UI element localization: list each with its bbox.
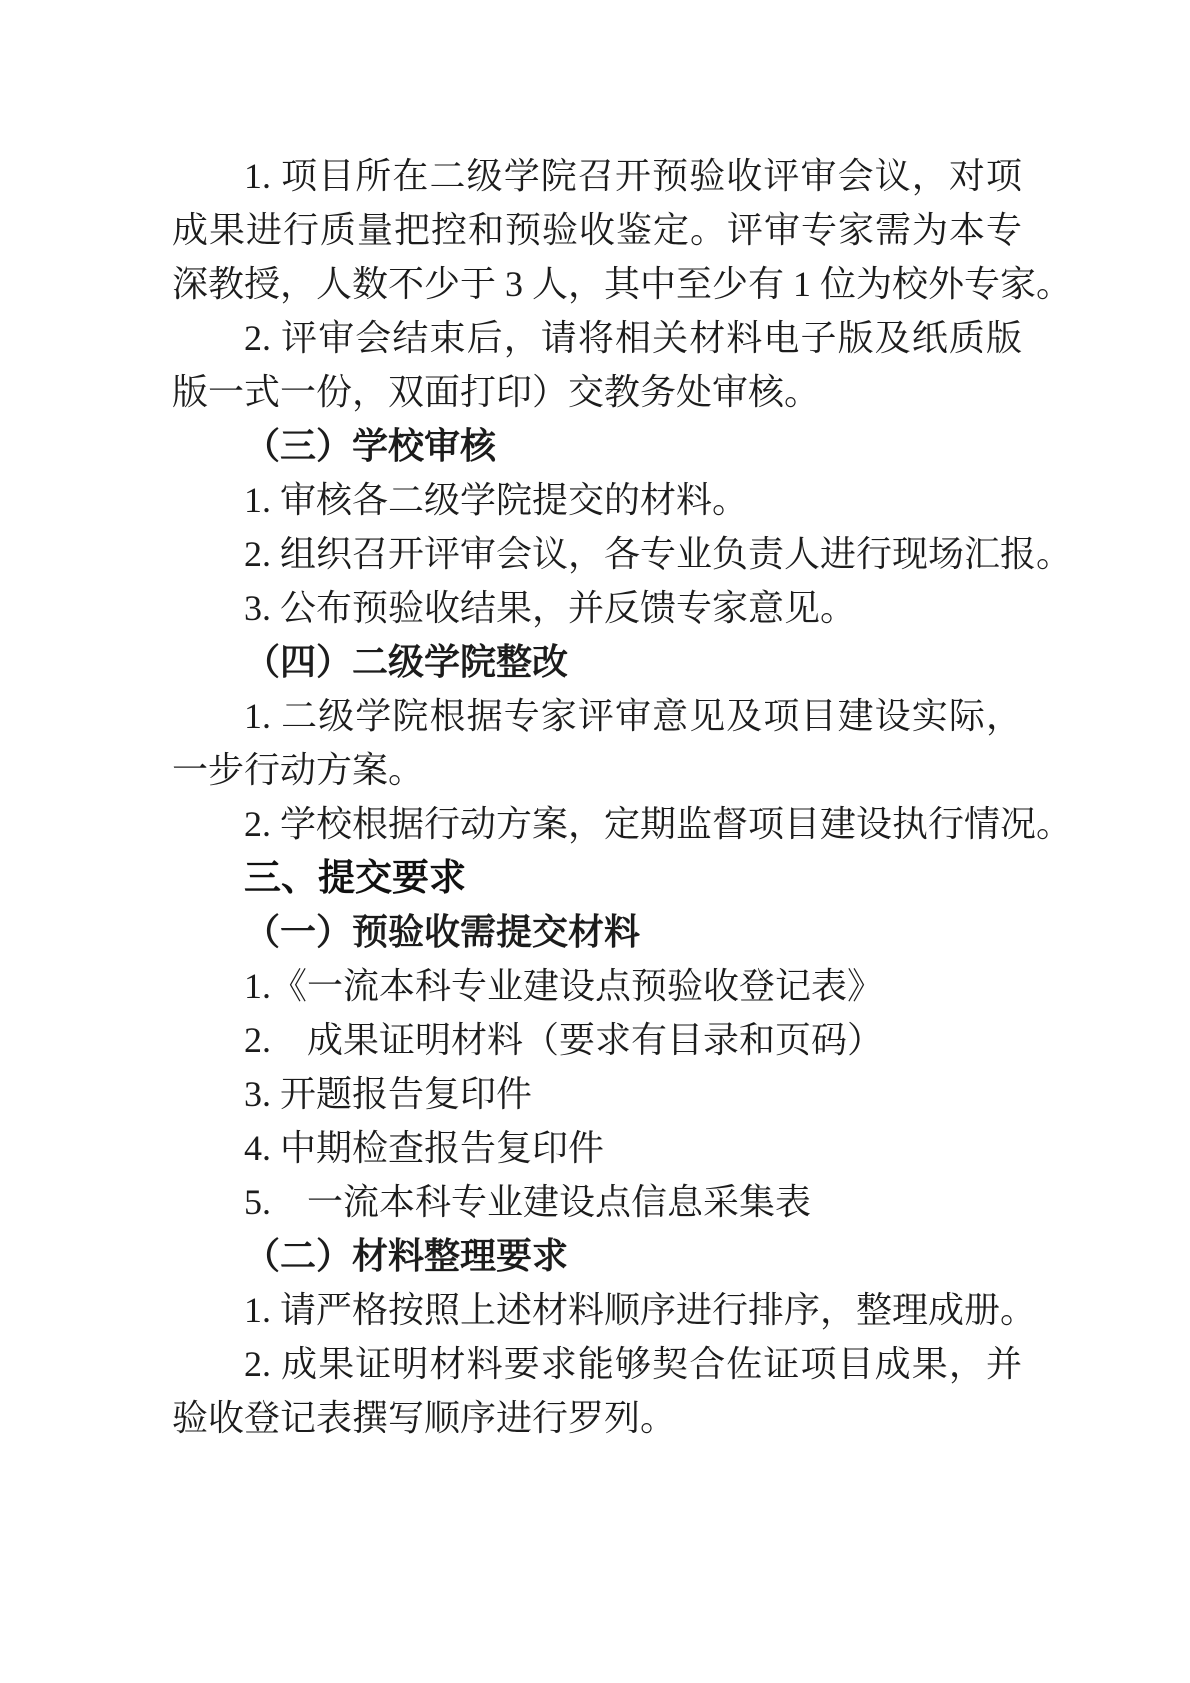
text-line: 4. 中期检查报告复印件 [172, 1121, 1022, 1175]
text-line: 1. 项目所在二级学院召开预验收评审会议，对项目建设 [172, 149, 1022, 203]
text-line: 2. 成果证明材料要求能够契合佐证项目成果，并根据预 [172, 1337, 1022, 1391]
text-line: 5. 一流本科专业建设点信息采集表 [172, 1175, 1022, 1229]
text-line: 深教授，人数不少于 3 人，其中至少有 1 位为校外专家。 [172, 257, 1022, 311]
document-text-block: 1. 项目所在二级学院召开预验收评审会议，对项目建设成果进行质量把控和预验收鉴定… [172, 149, 1022, 1445]
text-line: 3. 公布预验收结果，并反馈专家意见。 [172, 581, 1022, 635]
text-line: 1. 请严格按照上述材料顺序进行排序，整理成册。 [172, 1283, 1022, 1337]
text-line: （四）二级学院整改 [172, 635, 1022, 689]
text-line: 3. 开题报告复印件 [172, 1067, 1022, 1121]
text-line: （一）预验收需提交材料 [172, 905, 1022, 959]
text-line: 三、提交要求 [172, 851, 1022, 905]
text-line: （二）材料整理要求 [172, 1229, 1022, 1283]
text-line: 一步行动方案。 [172, 743, 1022, 797]
text-line: 验收登记表撰写顺序进行罗列。 [172, 1391, 1022, 1445]
text-line: 2. 学校根据行动方案，定期监督项目建设执行情况。 [172, 797, 1022, 851]
text-line: 2. 评审会结束后，请将相关材料电子版及纸质版（纸质 [172, 311, 1022, 365]
text-line: 成果进行质量把控和预验收鉴定。评审专家需为本专业的资 [172, 203, 1022, 257]
text-line: 1.《一流本科专业建设点预验收登记表》 [172, 959, 1022, 1013]
text-line: 2. 成果证明材料（要求有目录和页码） [172, 1013, 1022, 1067]
text-line: 2. 组织召开评审会议，各专业负责人进行现场汇报。 [172, 527, 1022, 581]
text-line: 1. 二级学院根据专家评审意见及项目建设实际，制定下 [172, 689, 1022, 743]
document-page: 1. 项目所在二级学院召开预验收评审会议，对项目建设成果进行质量把控和预验收鉴定… [0, 0, 1190, 1683]
text-line: 版一式一份，双面打印）交教务处审核。 [172, 365, 1022, 419]
text-line: （三）学校审核 [172, 419, 1022, 473]
text-line: 1. 审核各二级学院提交的材料。 [172, 473, 1022, 527]
